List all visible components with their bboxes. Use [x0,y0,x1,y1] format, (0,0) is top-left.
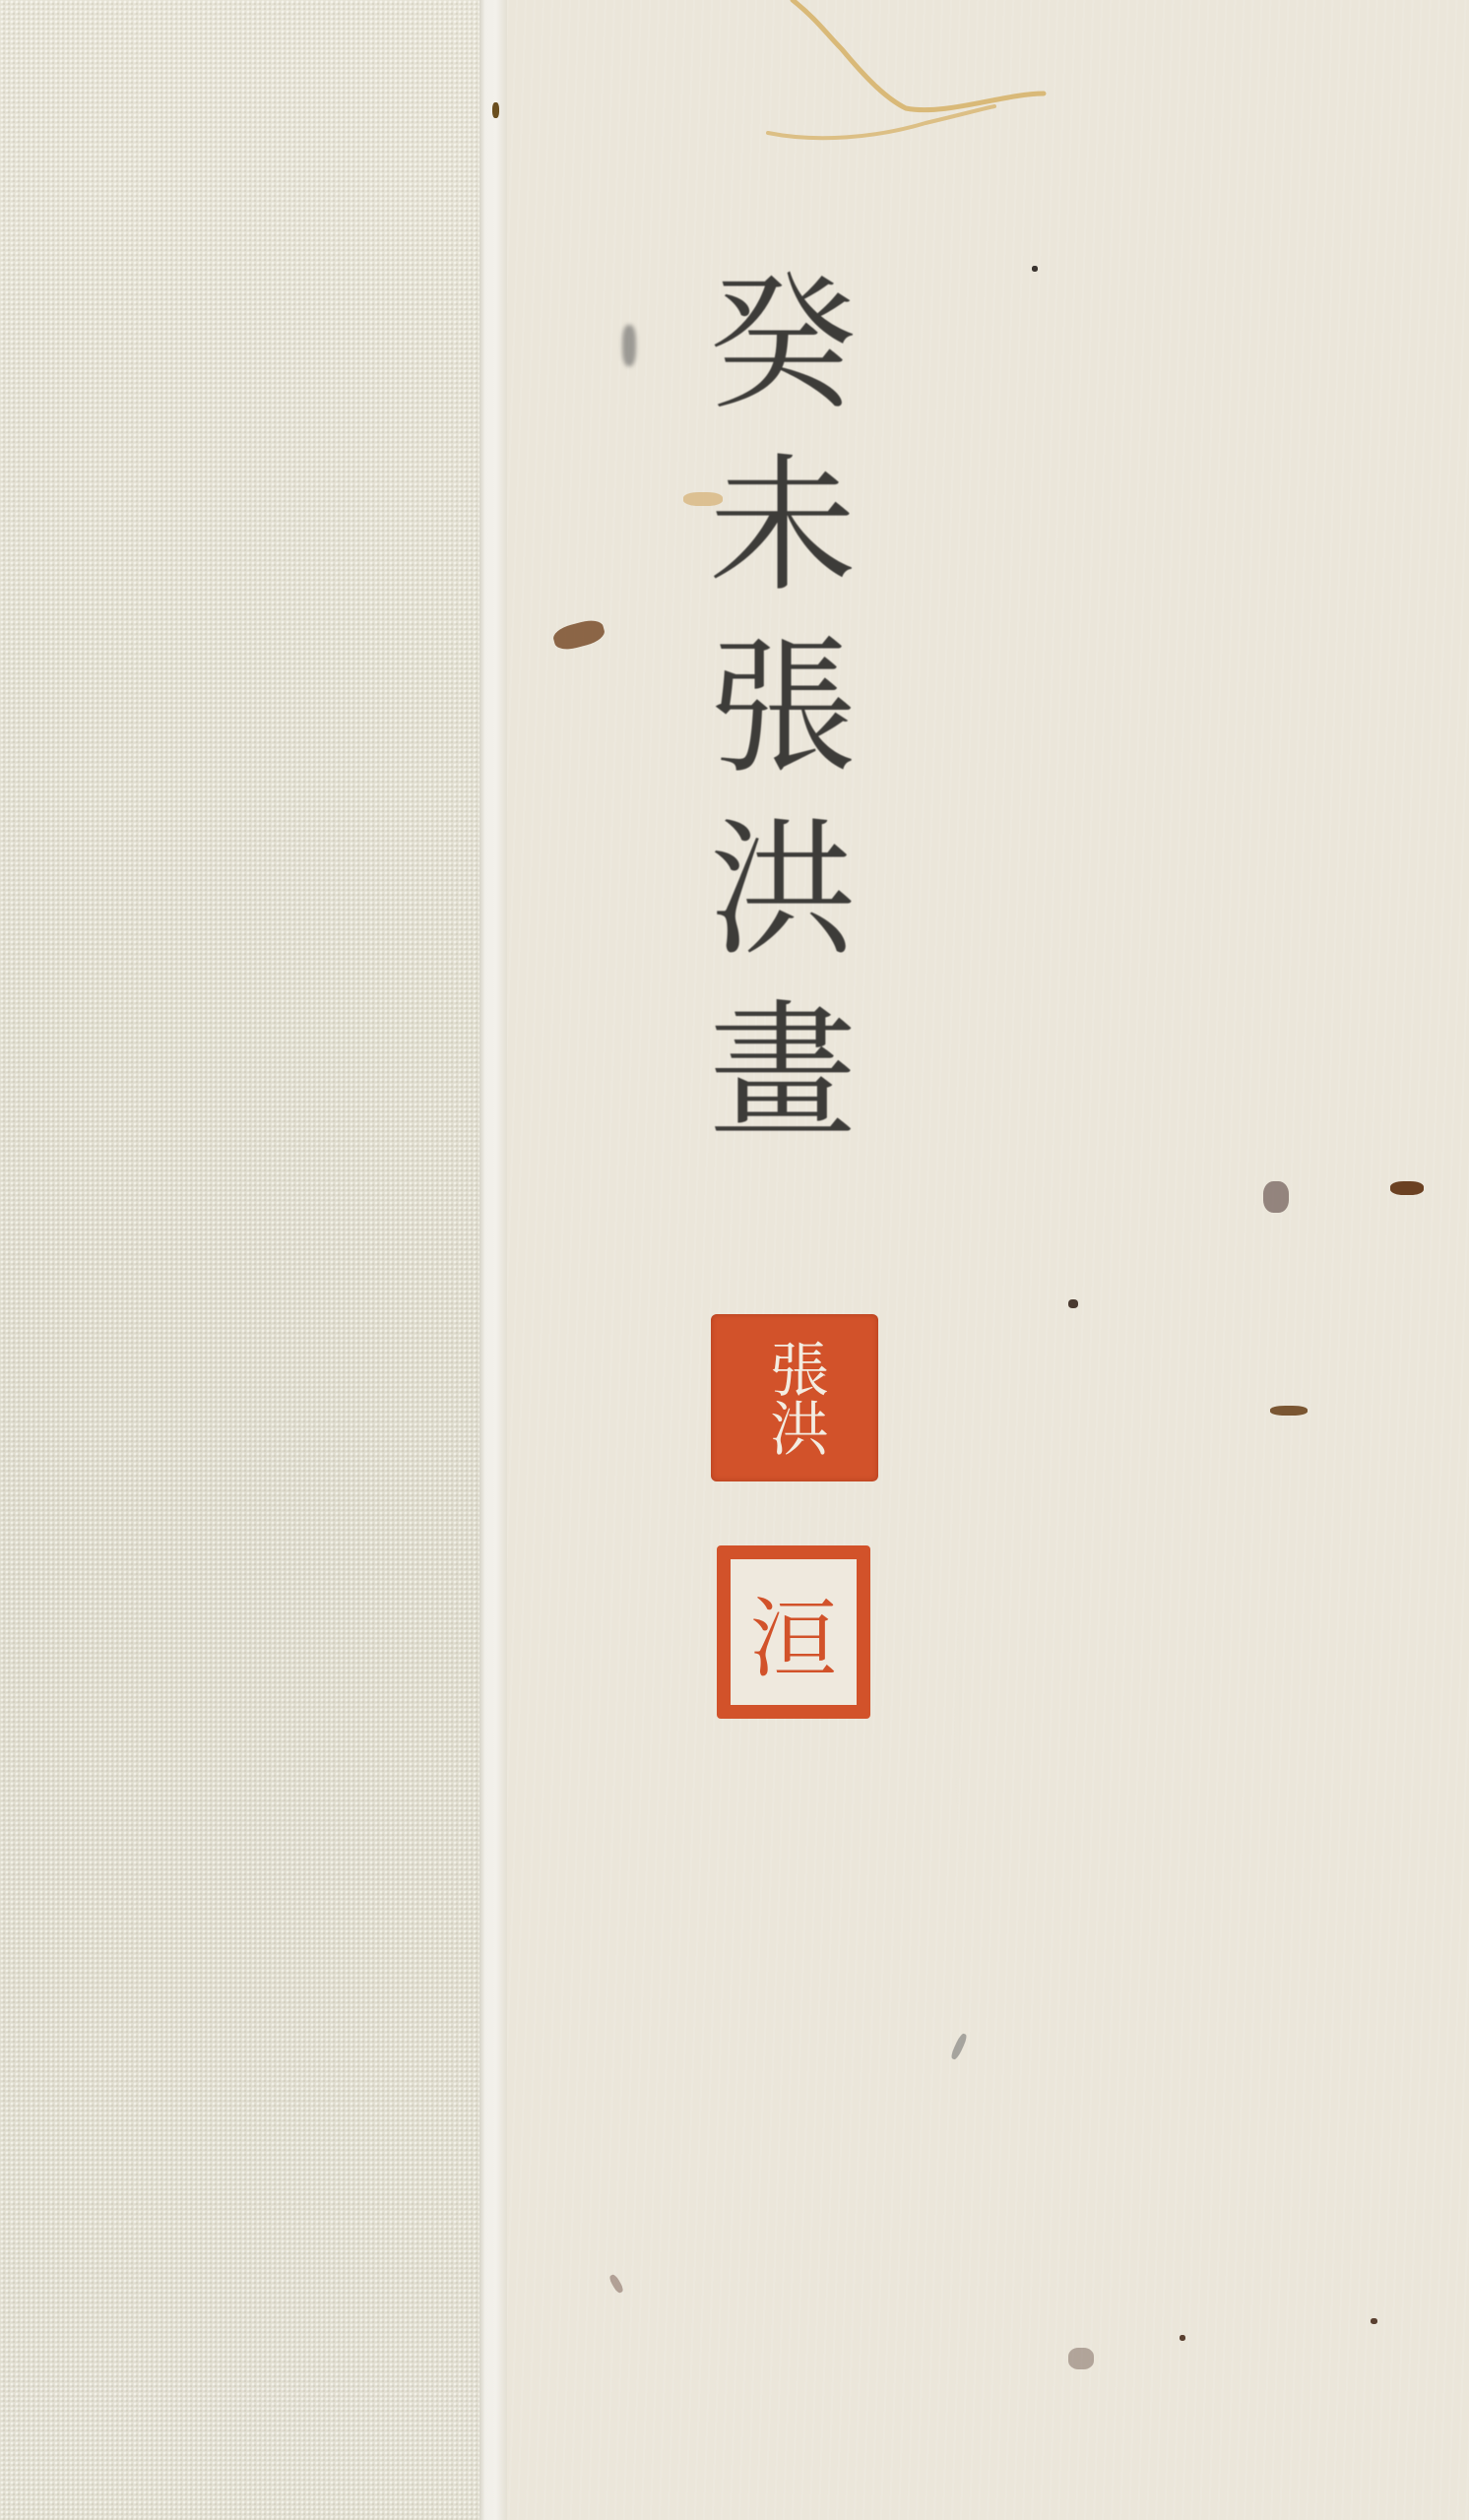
paper-fleck [1263,1181,1289,1213]
inscription-char-3: 張 [709,635,857,817]
seal-intaglio-text: 洹 [750,1570,837,1694]
paper-fleck [1270,1406,1308,1416]
artist-inscription: 癸 未 張 洪 畫 [670,271,896,1181]
inscription-char-4: 洪 [709,817,857,999]
silk-mounting-border [0,0,479,2520]
paper-fiber [758,0,1083,157]
inscription-char-1: 癸 [709,271,857,453]
artist-seal-intaglio: 洹 [717,1545,870,1719]
paper-fleck [683,492,723,506]
inscription-char-2: 未 [709,453,857,635]
paper-fleck [492,102,499,118]
paper-fleck [1032,266,1038,272]
paper-fleck [1068,2348,1094,2369]
paper-edge-strip [479,0,507,2520]
paper-fleck [1390,1181,1424,1195]
paper-fleck [1371,2318,1377,2324]
painting-paper [507,0,1469,2520]
paper-fleck [1068,1299,1078,1308]
inscription-char-5: 畫 [709,999,857,1181]
paper-fleck [1180,2335,1185,2341]
seal-relief-text: 張洪 [762,1339,827,1457]
ink-blot [622,325,636,366]
artist-seal-relief: 張洪 [711,1314,878,1481]
